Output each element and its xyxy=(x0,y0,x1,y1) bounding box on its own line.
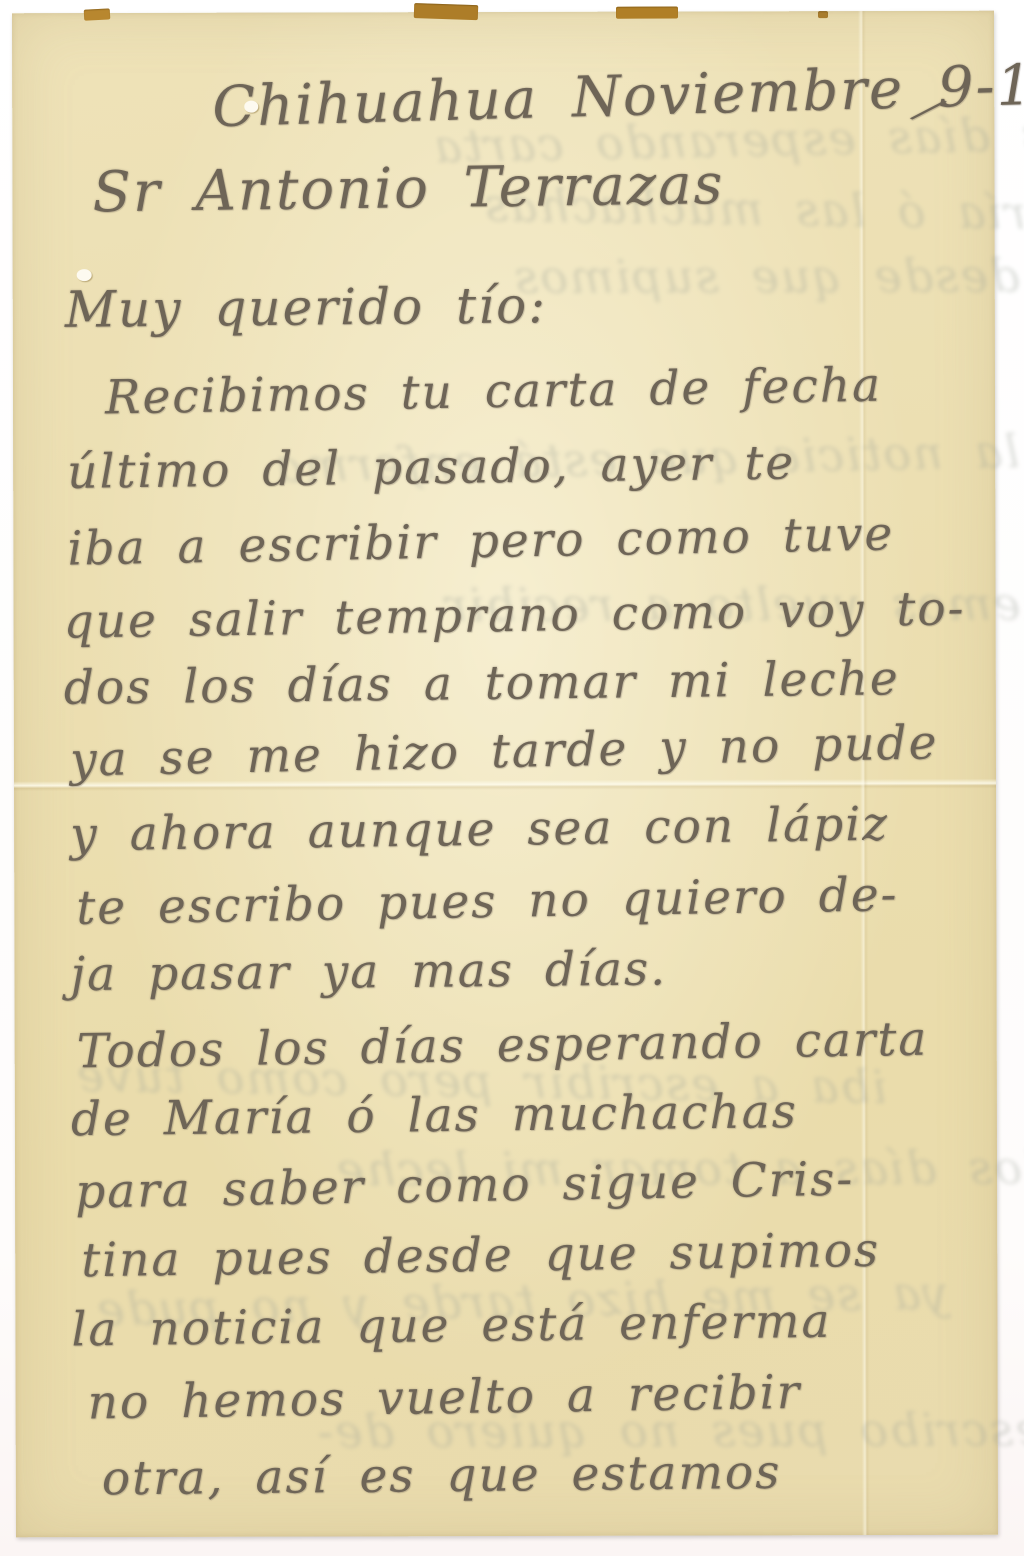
tape-residue-mark xyxy=(616,7,678,19)
letter-salutation: Muy querido tío: xyxy=(65,276,548,339)
tape-residue-mark xyxy=(818,11,828,18)
letter-body-line: no hemos vuelto a recibir xyxy=(87,1365,801,1431)
bleed-through-text: tina pues desde que supimos xyxy=(513,248,1024,304)
letter-body-line: ya se me hizo tarde y no pude xyxy=(69,715,938,787)
letter-body-line: iba a escribir pero como tuve xyxy=(67,506,895,576)
letter-body-line: Recibimos tu carta de fecha xyxy=(105,358,883,426)
letter-body-line: tina pues desde que supimos xyxy=(81,1223,880,1288)
letter-body-line: último del pasado, ayer te xyxy=(67,435,796,500)
letter-body-line: la noticia que está enferma xyxy=(71,1294,832,1358)
letter-paper: Todos los días esperando carta de María … xyxy=(12,11,998,1538)
scan-background: Todos los días esperando carta de María … xyxy=(0,0,1024,1556)
paper-flaw-speck xyxy=(77,269,92,281)
tape-residue-mark xyxy=(414,3,478,20)
letter-body-line: que salir temprano como voy to- xyxy=(63,581,966,649)
tape-residue-mark xyxy=(84,8,111,20)
letter-body-line: te escribo pues no quiero de- xyxy=(76,867,899,936)
letter-recipient: Sr Antonio Terrazas xyxy=(92,152,725,225)
letter-body-line: ja pasar ya mas días. xyxy=(70,941,667,1002)
letter-body-line: para saber como sigue Cris- xyxy=(75,1152,855,1220)
letter-body-line: otra, así es que estamos xyxy=(102,1445,782,1507)
letter-body-line: y ahora aunque sea con lápiz xyxy=(70,797,889,863)
letter-body-line: de María ó las muchachas xyxy=(71,1084,799,1147)
letter-body-line: dos los días a tomar mi leche xyxy=(63,651,900,715)
